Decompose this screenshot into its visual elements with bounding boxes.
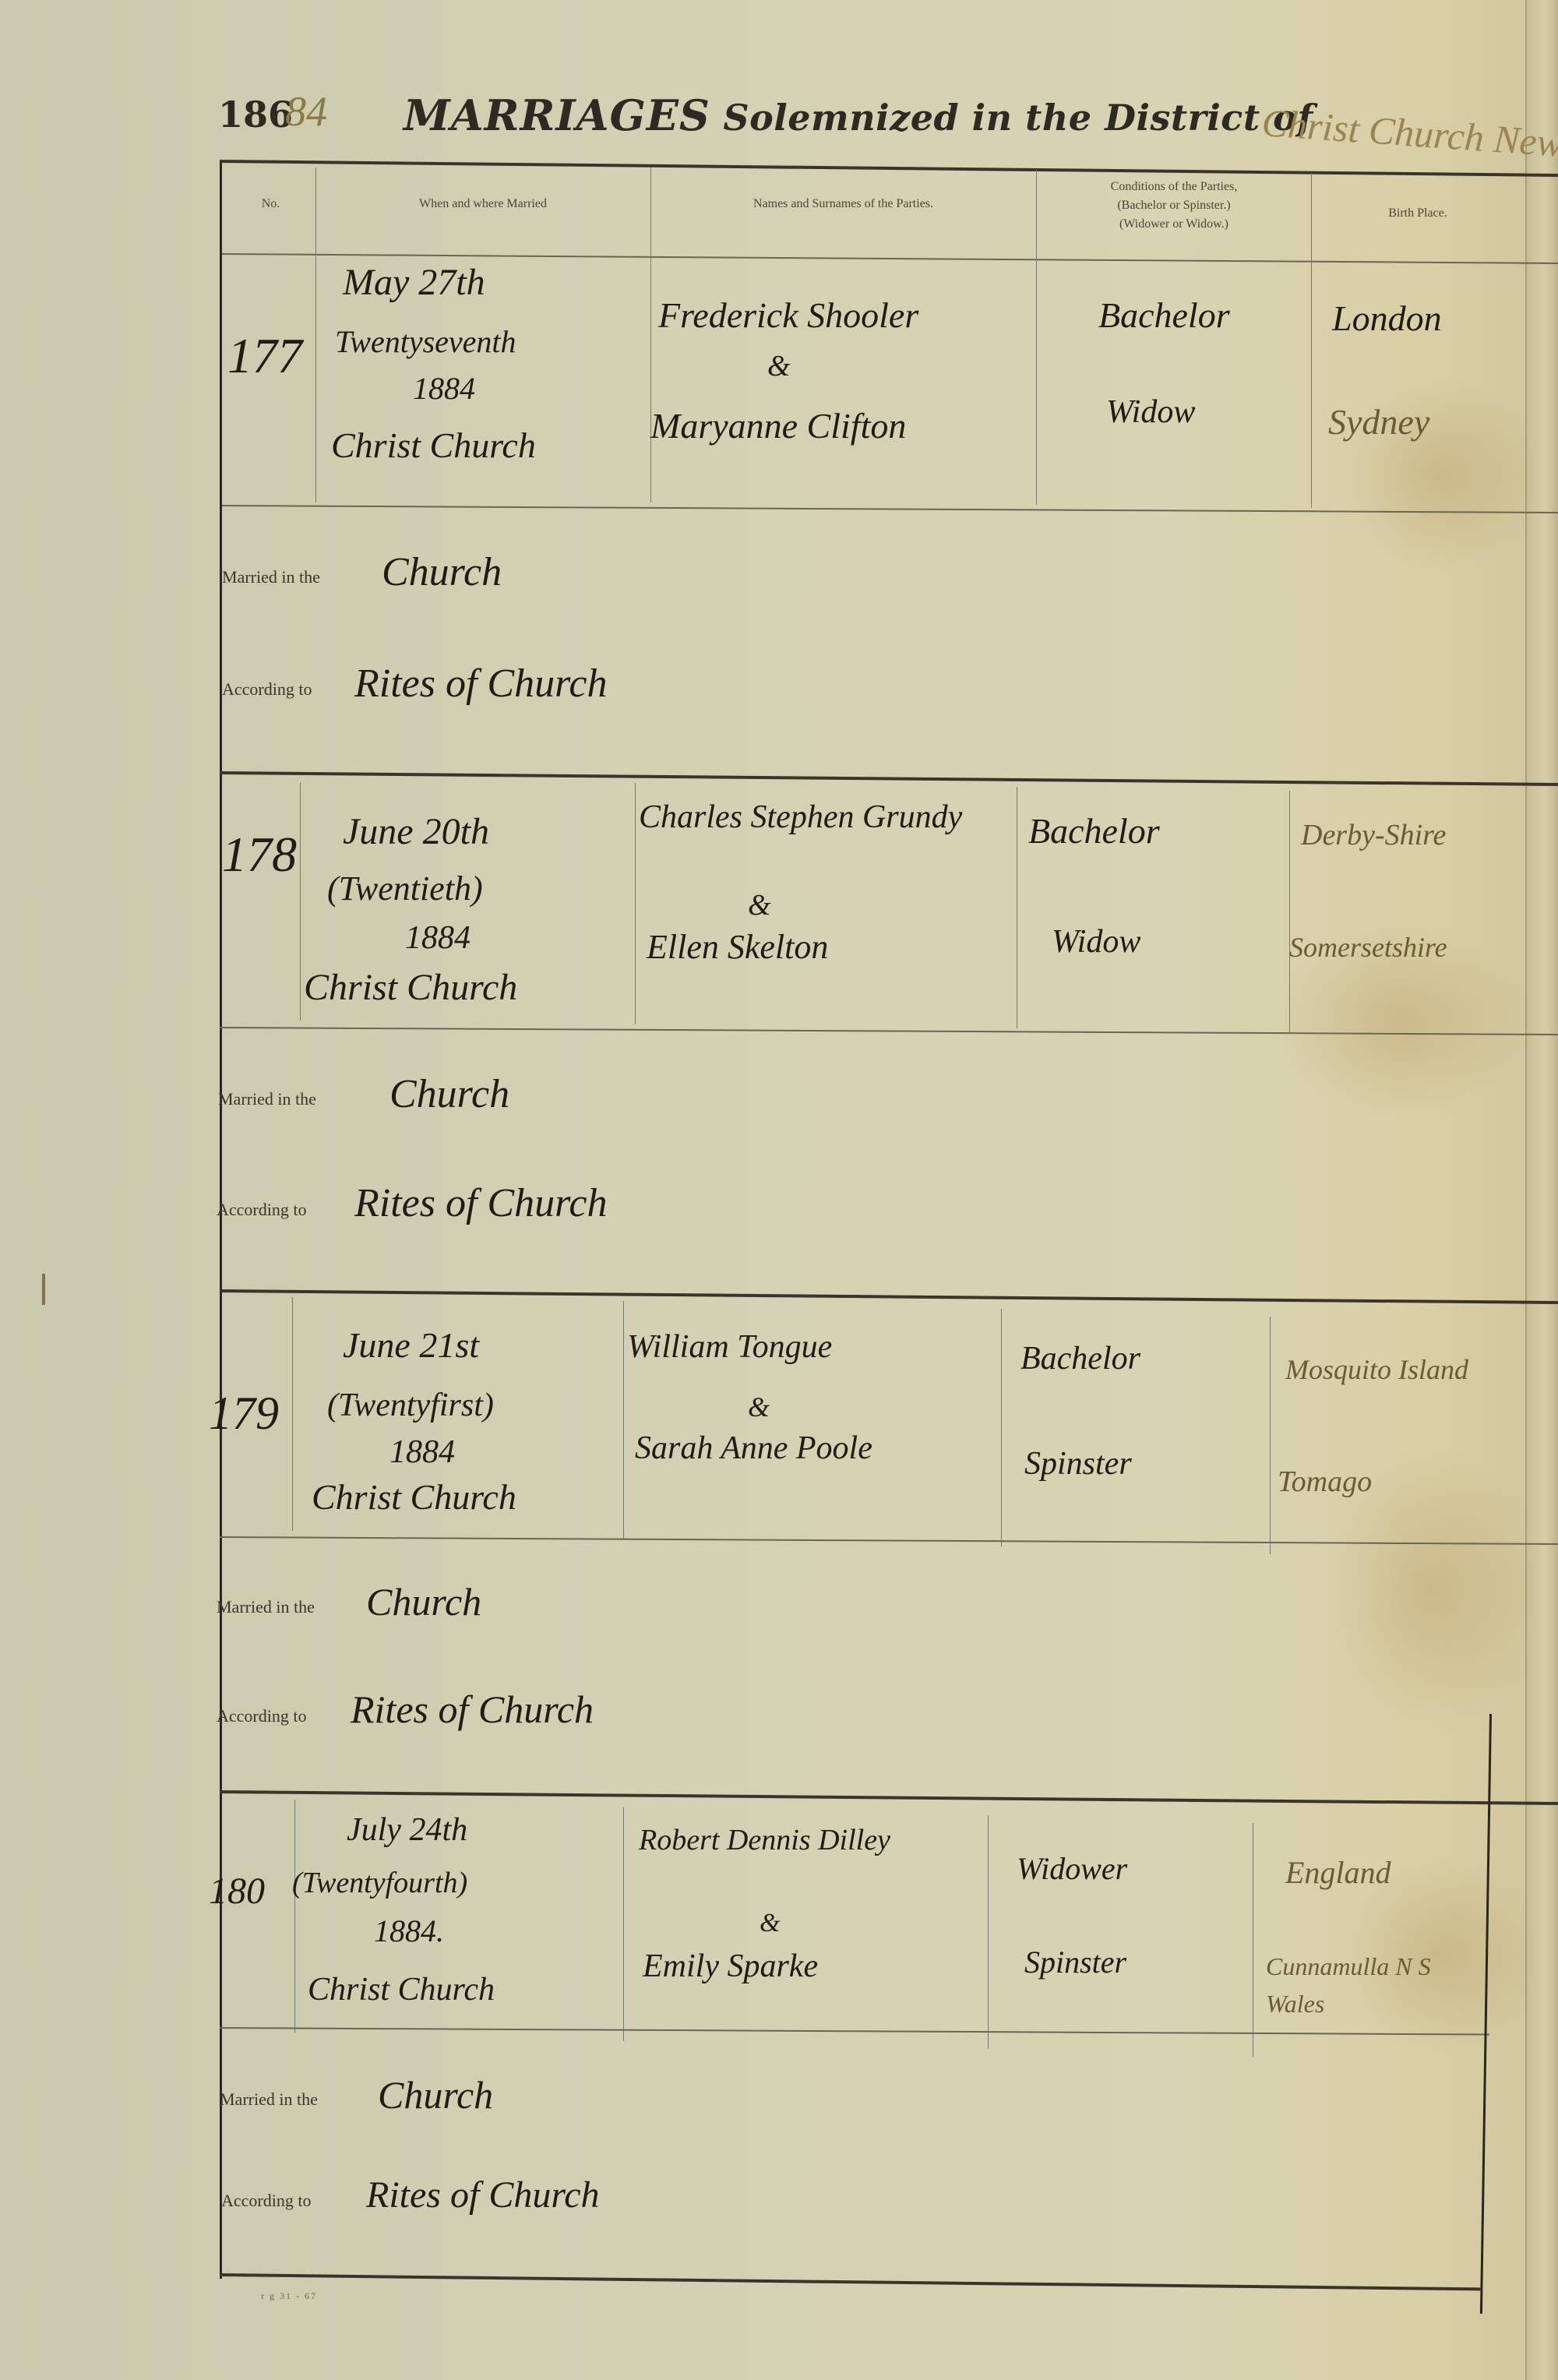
groom-birthplace: Mosquito Island (1285, 1352, 1480, 1387)
entry-date: July 24th (347, 1811, 467, 1849)
groom-condition: Bachelor (1098, 294, 1230, 336)
entry-place: Christ Church (312, 1476, 516, 1518)
col-divider (623, 1807, 624, 2041)
entry-date: May 27th (343, 261, 485, 304)
bride-birthplace: Cunnamulla N S Wales (1266, 1948, 1484, 2022)
and-symbol: & (748, 1391, 770, 1423)
according-to-value: Rites of Church (366, 2174, 600, 2216)
married-in-value: Church (389, 1071, 509, 1117)
groom-condition: Bachelor (1028, 810, 1160, 852)
married-in-label: Married in the (218, 1089, 316, 1109)
year-handwritten: 84 (285, 87, 327, 136)
according-to-label: According to (222, 679, 312, 700)
print-code: r g 31 - 67 (261, 2290, 317, 2302)
groom-name: Frederick Shooler (658, 294, 918, 336)
bride-birthplace: Somersetshire (1289, 931, 1447, 964)
col-divider (1270, 1317, 1271, 1554)
and-symbol: & (748, 888, 771, 922)
entry-number: 178 (222, 826, 297, 883)
col-divider (1253, 1823, 1253, 2057)
bride-name: Ellen Skelton (647, 927, 828, 967)
entry-year: 1884. (374, 1913, 444, 1949)
according-to-label: According to (221, 2191, 311, 2211)
married-in-value: Church (382, 549, 502, 595)
groom-name: Robert Dennis Dilley (639, 1823, 890, 1857)
and-symbol: & (767, 349, 791, 383)
groom-name: Charles Stephen Grundy (639, 799, 962, 836)
col-divider (315, 167, 316, 502)
bride-condition: Widow (1052, 923, 1140, 961)
col-divider (300, 783, 301, 1021)
according-to-value: Rites of Church (354, 1180, 608, 1226)
groom-birthplace: London (1332, 298, 1442, 339)
bride-condition: Widow (1106, 393, 1195, 431)
according-to-label: According to (217, 1706, 306, 1726)
entry-place: Christ Church (331, 425, 536, 466)
entry-place: Christ Church (308, 1971, 495, 2008)
bride-birthplace: Tomago (1278, 1465, 1372, 1499)
married-in-label: Married in the (222, 567, 320, 587)
married-in-label: Married in the (217, 1597, 315, 1617)
col-header-names: Names and Surnames of the Parties. (654, 195, 1032, 213)
col-header-conditions: Conditions of the Parties, (Bachelor or … (1038, 178, 1310, 234)
bride-condition: Spinster (1024, 1445, 1132, 1483)
bride-birthplace: Sydney (1328, 401, 1429, 443)
entry-date: June 20th (343, 810, 489, 853)
col-divider (635, 783, 636, 1024)
bride-condition: Spinster (1024, 1944, 1126, 1980)
col-header-no: No. (222, 195, 319, 213)
married-in-label: Married in the (220, 2089, 318, 2110)
entry-date-words: (Twentyfourth) (292, 1866, 467, 1900)
married-in-value: Church (366, 1579, 481, 1624)
col-divider (292, 1297, 293, 1531)
entry-number: 180 (209, 1870, 265, 1913)
according-to-value: Rites of Church (354, 661, 608, 707)
groom-condition: Bachelor (1020, 1340, 1140, 1377)
col-divider (988, 1815, 989, 2049)
according-to-value: Rites of Church (351, 1687, 594, 1732)
groom-birthplace: England (1285, 1854, 1391, 1891)
register-header: 186 84 MARRIAGES Solemnized in the Distr… (218, 87, 1558, 150)
entry-year: 1884 (413, 370, 475, 407)
entry-date-words: Twentyseventh (335, 323, 516, 360)
district-handwritten: Christ Church New... (1260, 100, 1558, 167)
groom-name: William Tongue (627, 1328, 832, 1366)
col-header-birth-place: Birth Place. (1317, 204, 1519, 223)
bride-name: Sarah Anne Poole (635, 1430, 872, 1467)
groom-condition: Widower (1017, 1850, 1127, 1887)
col-divider (623, 1301, 624, 1539)
entry-number: 177 (227, 327, 302, 385)
groom-birthplace: Derby-Shire (1301, 818, 1446, 852)
col-divider (1311, 173, 1312, 508)
col-divider (1036, 170, 1037, 505)
entry-year: 1884 (389, 1433, 455, 1471)
entry-date-words: (Twentyfirst) (327, 1387, 494, 1424)
ink-mark (42, 1274, 45, 1305)
col-divider (1017, 787, 1017, 1028)
and-symbol: & (760, 1909, 780, 1938)
year-printed: 186 (218, 93, 293, 136)
married-in-value: Church (378, 2072, 493, 2117)
bride-name: Emily Sparke (643, 1948, 818, 1985)
entry-date: June 21st (343, 1324, 479, 1366)
entry-date-words: (Twentieth) (327, 869, 483, 908)
col-divider (1001, 1309, 1002, 1546)
col-divider (294, 1800, 295, 2033)
entry-number: 179 (209, 1387, 279, 1440)
bride-name: Maryanne Clifton (650, 405, 906, 446)
page-title: MARRIAGES Solemnized in the District of (404, 90, 1313, 140)
entry-year: 1884 (405, 919, 471, 957)
col-divider (1289, 791, 1290, 1032)
col-header-when-where: When and where Married (319, 195, 647, 213)
according-to-label: According to (217, 1200, 306, 1220)
entry-place: Christ Church (304, 966, 517, 1009)
col-divider (650, 167, 651, 502)
